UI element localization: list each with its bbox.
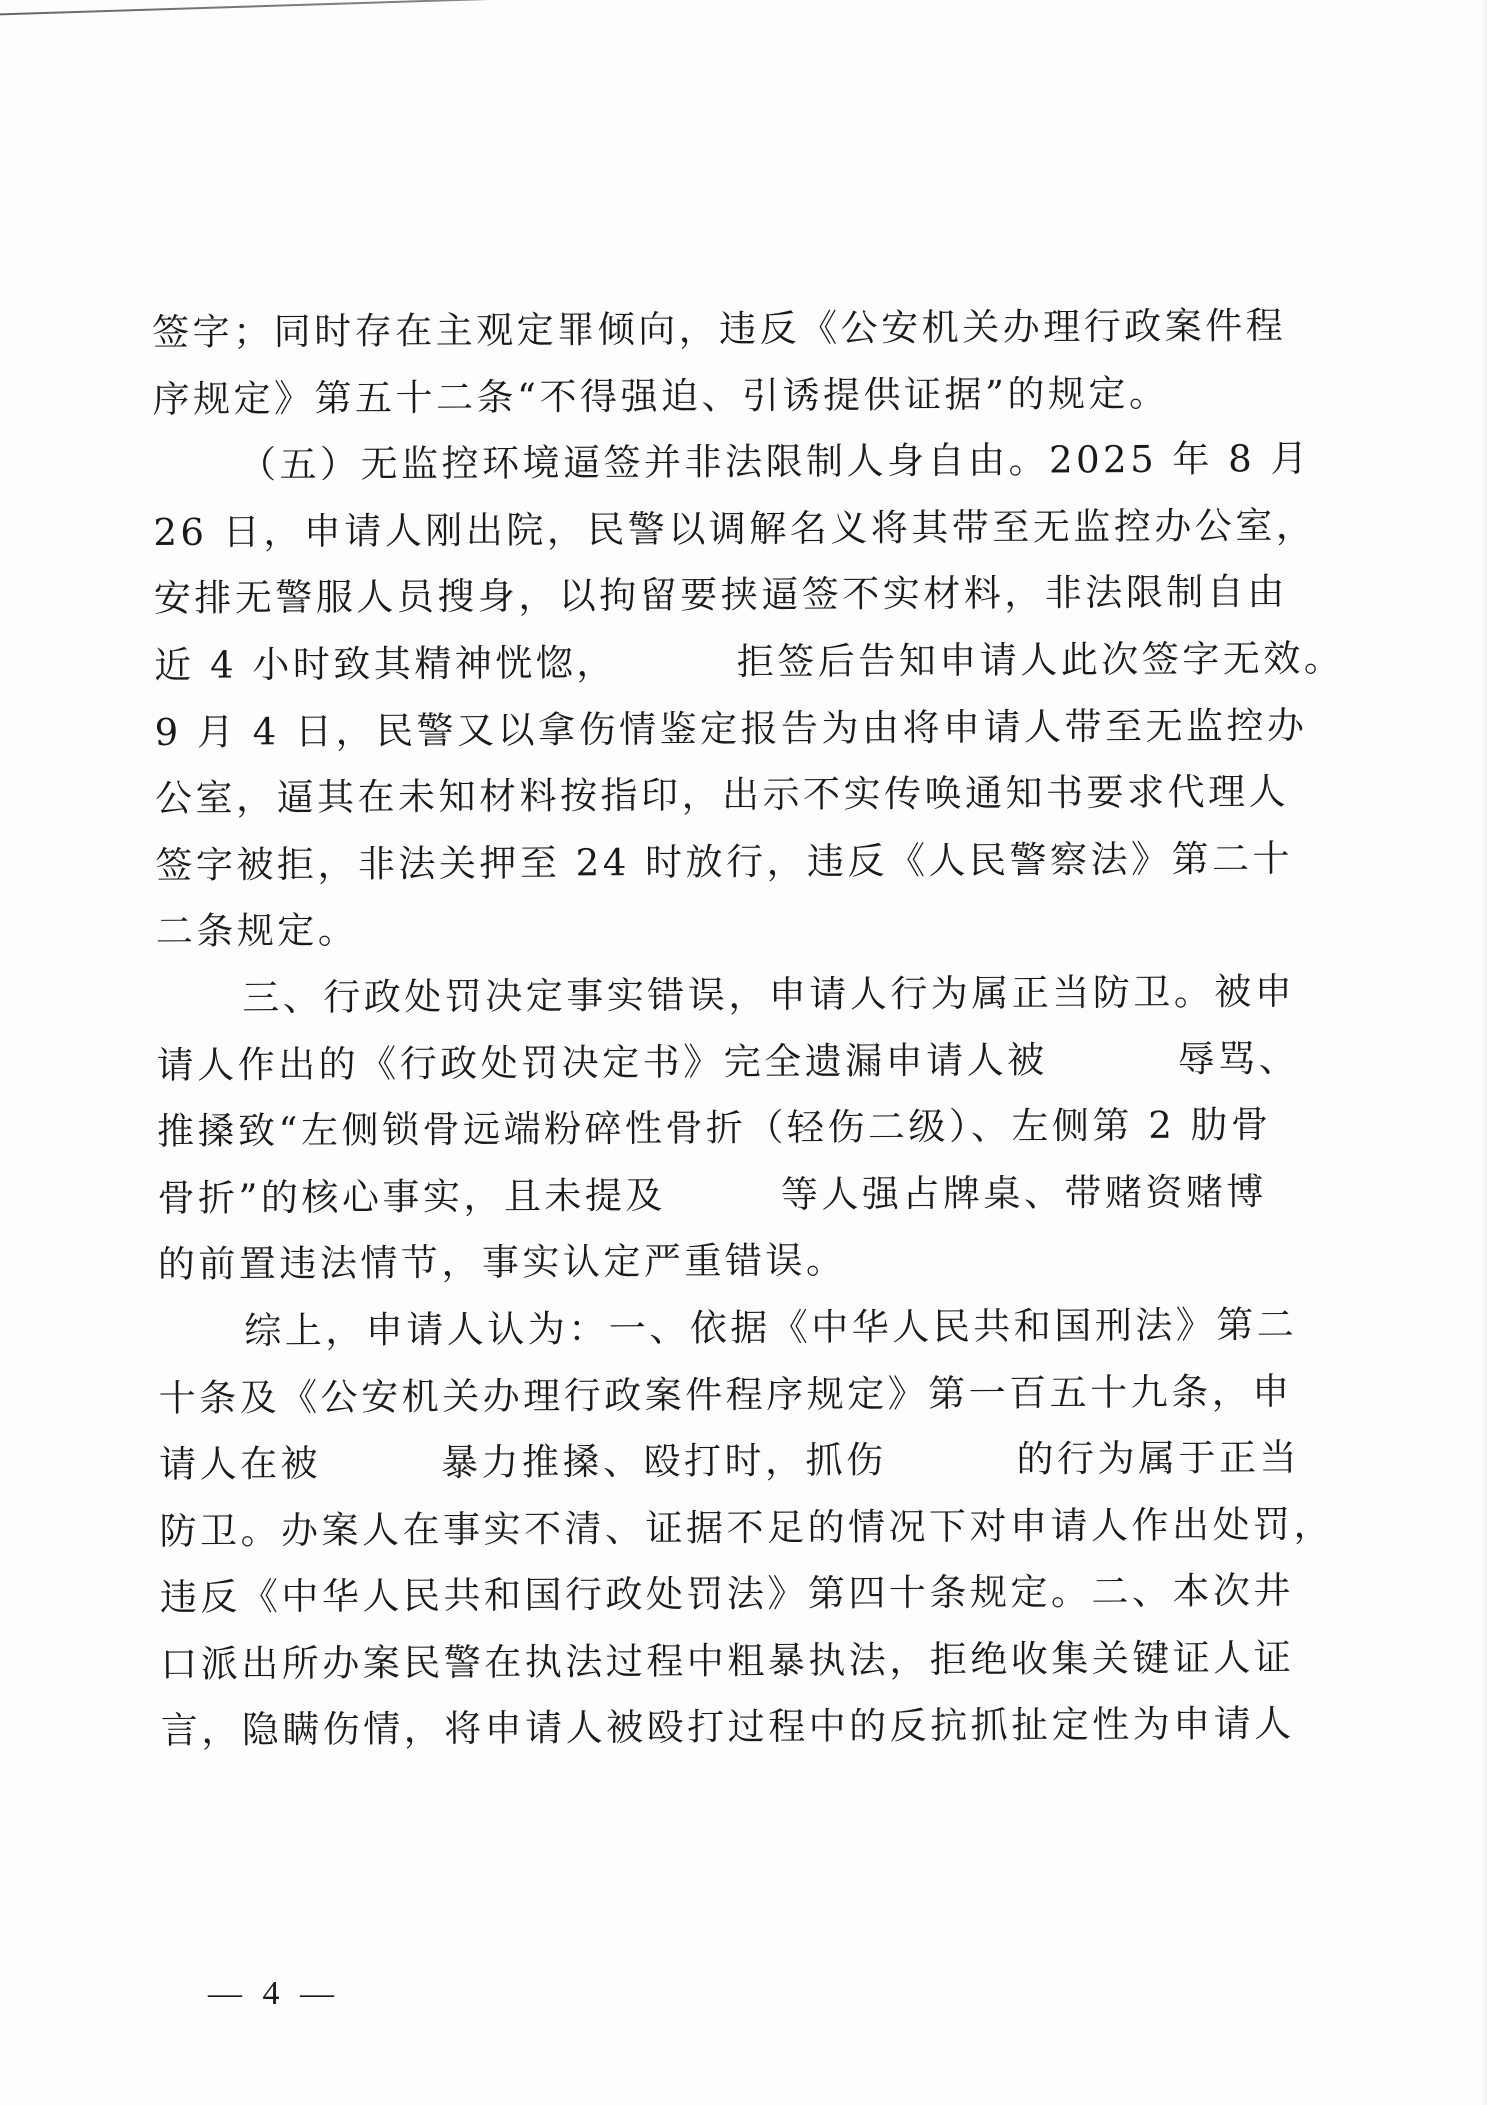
text-segment: 请人作出的《行政处罚决定书》完全遗漏申请人被: [157, 1038, 1048, 1086]
text-line: 请人在被暴力推搡、殴打时，抓伤的行为属于正当: [159, 1425, 1299, 1499]
text-line: 违反《中华人民共和国行政处罚法》第四十条规定。二、本次井: [160, 1558, 1300, 1632]
text-line: 口派出所办案民警在执法过程中粗暴执法，拒绝收集关键证人证: [160, 1625, 1300, 1699]
text-line: 言，隐瞒伤情，将申请人被殴打过程中的反抗抓扯定性为申请人: [161, 1691, 1301, 1765]
text-line: 二条规定。: [156, 892, 1296, 966]
text-line: 的前置违法情节，事实认定严重错误。: [158, 1225, 1298, 1299]
paragraph-heading-5: （五）无监控环境逼签并非法限制人身自由。2025 年 8 月: [153, 426, 1293, 500]
text-segment: 近 4 小时致其精神恍惚，: [154, 641, 617, 687]
text-line: 防卫。办案人在事实不清、证据不足的情况下对申请人作出处罚，: [159, 1492, 1299, 1566]
text-segment: 骨折”的核心事实，且未提及: [157, 1174, 666, 1220]
text-line: 请人作出的《行政处罚决定书》完全遗漏申请人被辱骂、: [156, 1026, 1296, 1100]
redacted-gap: [1048, 1071, 1178, 1072]
page-number: — 4 —: [208, 1975, 340, 2013]
redacted-gap: [887, 1472, 1017, 1473]
text-line: 近 4 小时致其精神恍惚，拒签后告知申请人此次签字无效。: [154, 626, 1294, 700]
redacted-gap: [617, 674, 737, 675]
scan-shadow: [1481, 0, 1487, 2105]
text-segment: 请人在被: [159, 1442, 321, 1486]
text-line: 推搡致“左侧锁骨远端粉碎性骨折（轻伤二级）、左侧第 2 肋骨: [157, 1092, 1297, 1166]
text-segment: 拒签后告知申请人此次签字无效。: [737, 637, 1345, 684]
text-line: 9 月 4 日，民警又以拿伤情鉴定报告为由将申请人带至无监控办: [154, 693, 1294, 767]
text-segment: 暴力推搡、殴打时，抓伤: [441, 1439, 887, 1485]
text-line: 签字被拒，非法关押至 24 时放行，违反《人民警察法》第二十: [155, 826, 1295, 900]
text-line: 序规定》第五十二条“不得强迫、引诱提供证据”的规定。: [152, 360, 1292, 434]
text-line: 公室，逼其在未知材料按指印，出示不实传唤通知书要求代理人: [155, 759, 1295, 833]
text-line: 骨折”的核心事实，且未提及等人强占牌桌、带赌资赌博: [157, 1159, 1297, 1233]
scan-page-edge: [0, 0, 1010, 16]
text-segment: 的行为属于正当: [1016, 1436, 1300, 1481]
paragraph-heading-3: 三、行政处罚决定事实错误，申请人行为属正当防卫。被申: [156, 959, 1296, 1033]
redacted-gap: [321, 1475, 441, 1476]
redacted-gap: [666, 1207, 781, 1208]
text-line: 十条及《公安机关办理行政案件程序规定》第一百五十九条，申: [159, 1359, 1299, 1433]
text-segment: 辱骂、: [1178, 1037, 1300, 1081]
text-segment: 等人强占牌桌、带赌资赌博: [781, 1170, 1267, 1216]
text-line: 安排无警服人员搜身，以拘留要挟逼签不实材料，非法限制自由: [154, 559, 1294, 633]
text-line: 签字；同时存在主观定罪倾向，违反《公安机关办理行政案件程: [152, 293, 1292, 367]
paragraph-conclusion: 综上，申请人认为：一、依据《中华人民共和国刑法》第二: [158, 1292, 1298, 1366]
text-line: 26 日，申请人刚出院，民警以调解名义将其带至无监控办公室，: [153, 493, 1293, 567]
document-body: 签字；同时存在主观定罪倾向，违反《公安机关办理行政案件程 序规定》第五十二条“不…: [152, 293, 1301, 1765]
